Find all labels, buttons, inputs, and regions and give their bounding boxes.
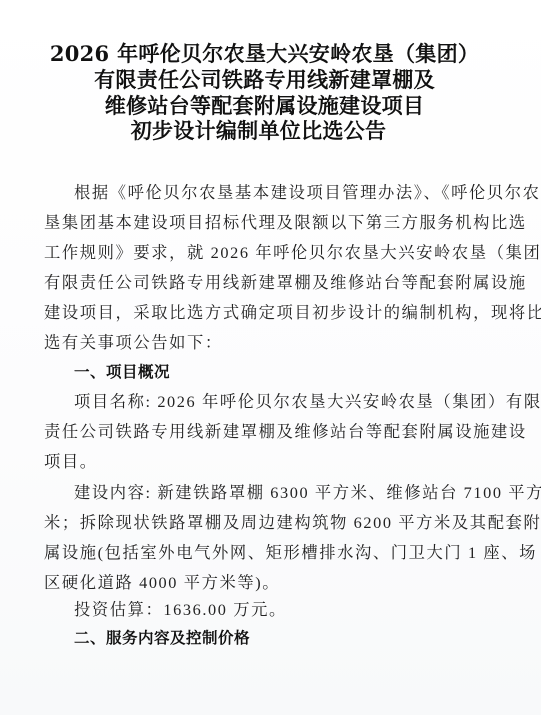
intro-line-3: 工作规则》要求，就 2026 年呼伦贝尔农垦大兴安岭农垦（集团）	[44, 243, 494, 263]
investment-line: 投资估算：1636.00 万元。	[74, 600, 524, 620]
intro-line-4: 有限责任公司铁路专用线新建罩棚及维修站台等配套附属设施	[44, 273, 494, 293]
section-1-heading: 一、项目概况	[74, 362, 170, 382]
document-page: 2026 年呼伦贝尔农垦大兴安岭农垦（集团） 有限责任公司铁路专用线新建罩棚及 …	[0, 0, 541, 715]
title-line-3: 维修站台等配套附属设施建设项目	[0, 93, 535, 119]
project-name-line-2: 责任公司铁路专用线新建罩棚及维修站台等配套附属设施建设	[44, 422, 494, 442]
section-2-heading: 二、服务内容及控制价格	[74, 628, 250, 648]
intro-line-6: 选有关事项公告如下：	[44, 333, 494, 353]
intro-line-2: 垦集团基本建设项目招标代理及限额以下第三方服务机构比选	[44, 213, 494, 233]
project-name-line-3: 项目。	[44, 452, 494, 472]
content-line-2: 米；拆除现状铁路罩棚及周边建构筑物 6200 平方米及其配套附	[44, 513, 494, 533]
intro-line-5: 建设项目，采取比选方式确定项目初步设计的编制机构，现将比	[44, 303, 494, 323]
title-line-2: 有限责任公司铁路专用线新建罩棚及	[0, 67, 535, 93]
content-line-4: 区硬化道路 4000 平方米等)。	[44, 573, 494, 593]
title-line-1: 2026 年呼伦贝尔农垦大兴安岭农垦（集团）	[0, 41, 535, 67]
content-line-3: 属设施(包括室外电气外网、矩形槽排水沟、门卫大门 1 座、场	[44, 543, 494, 563]
content-line-1: 建设内容: 新建铁路罩棚 6300 平方米、维修站台 7100 平方	[74, 483, 524, 503]
intro-line-1: 根据《呼伦贝尔农垦基本建设项目管理办法》、《呼伦贝尔农	[74, 183, 524, 203]
project-name-line-1: 项目名称: 2026 年呼伦贝尔农垦大兴安岭农垦（集团）有限	[74, 392, 524, 412]
title-line-4: 初步设计编制单位比选公告	[0, 118, 529, 144]
